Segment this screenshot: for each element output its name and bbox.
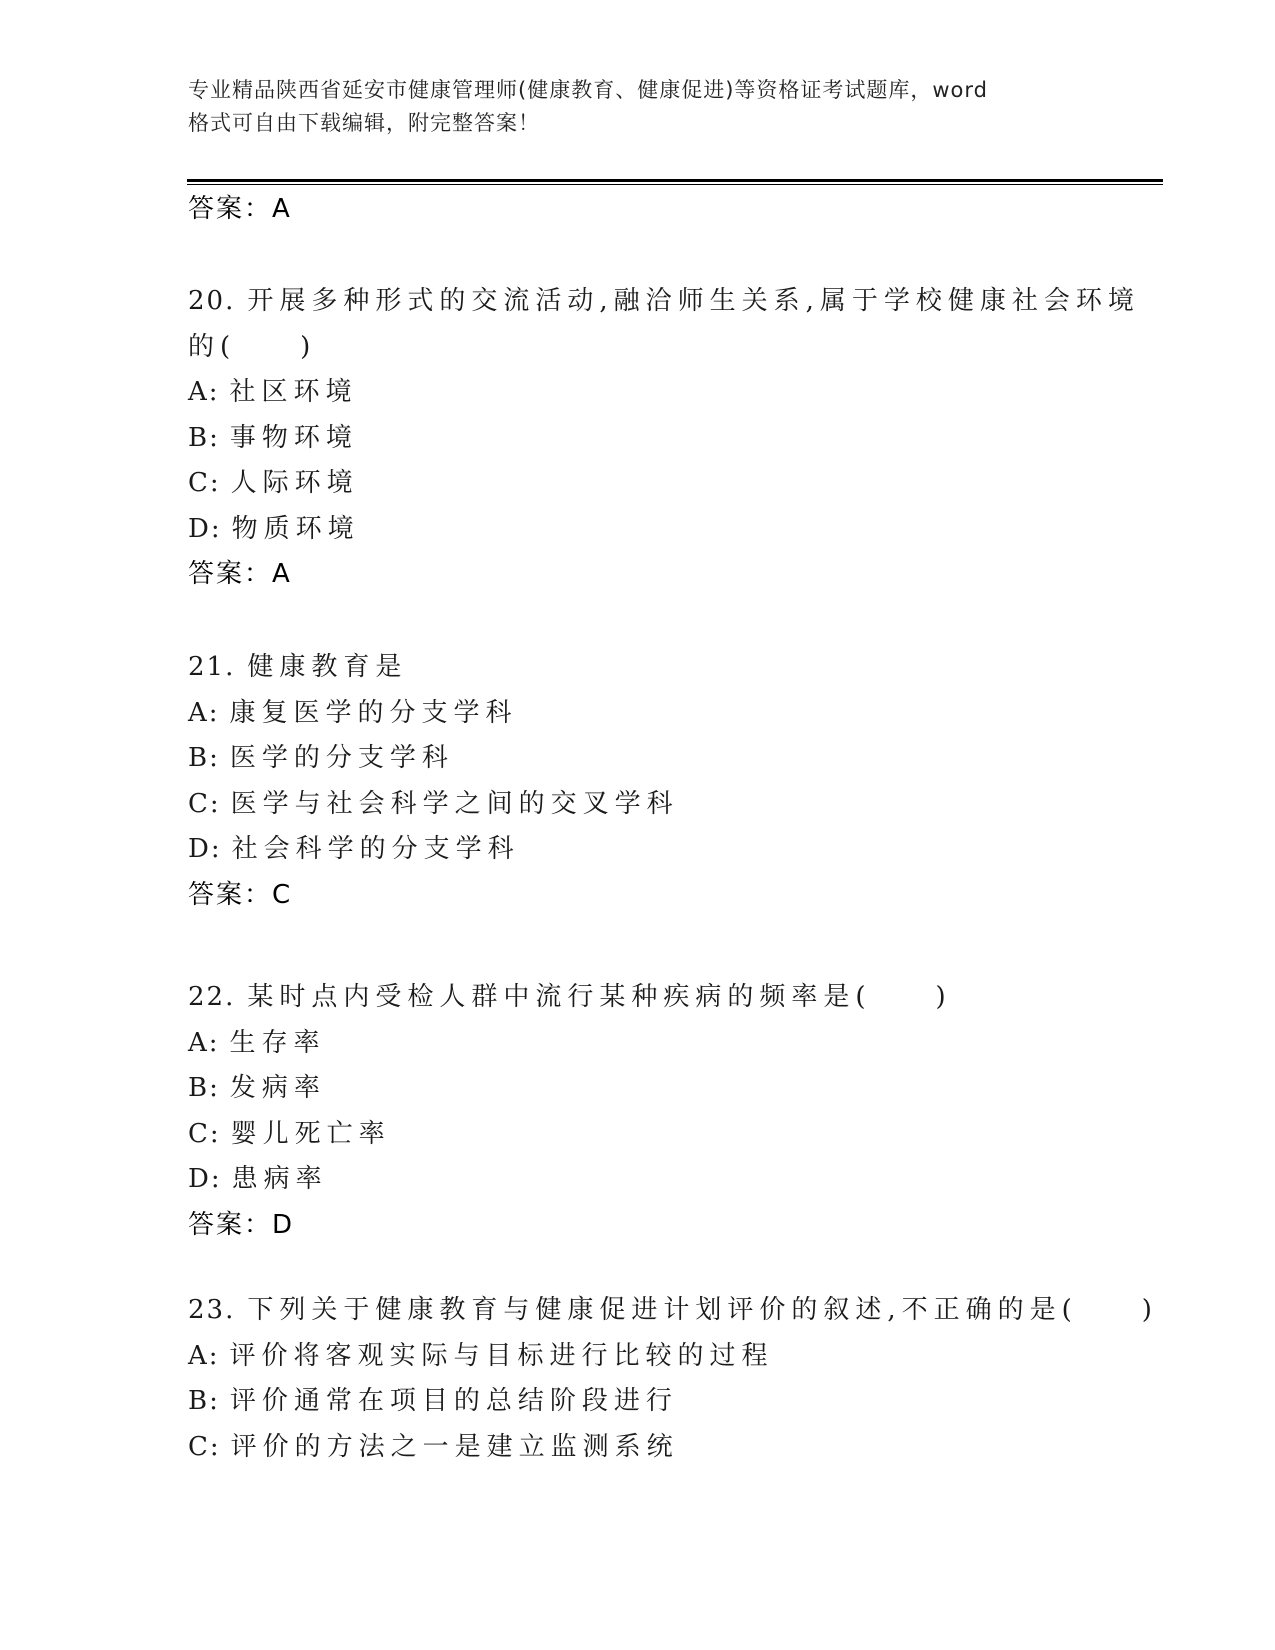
answer-value: A	[272, 559, 292, 589]
answer-value: C	[272, 880, 292, 910]
option-a: A:生存率	[188, 1021, 1148, 1067]
option-letter: B:	[188, 1073, 220, 1103]
answer-value: D	[272, 1210, 294, 1240]
option-letter: B:	[188, 423, 220, 453]
option-letter: A:	[188, 1341, 220, 1371]
option-letter: C:	[188, 468, 221, 498]
option-letter: A:	[188, 377, 220, 407]
option-a: A:社区环境	[188, 370, 1148, 416]
document-page: 专业精品陕西省延安市健康管理师(健康教育、健康促进)等资格证考试题库，word …	[0, 0, 1275, 1650]
option-text: 评价通常在项目的总结阶段进行	[230, 1386, 678, 1416]
option-c: C:人际环境	[188, 461, 1148, 507]
question-number: 21.	[188, 652, 235, 682]
option-text: 事物环境	[230, 423, 358, 453]
option-c: C:评价的方法之一是建立监测系统	[188, 1425, 1148, 1471]
option-d: D:患病率	[188, 1157, 1148, 1203]
option-text: 医学与社会科学之间的交叉学科	[231, 789, 679, 819]
option-letter: C:	[188, 789, 221, 819]
option-letter: B:	[188, 1386, 220, 1416]
option-c: C:婴儿死亡率	[188, 1112, 1148, 1158]
question-text: 下列关于健康教育与健康促进计划评价的叙述,不正确的是( )	[247, 1295, 1158, 1325]
question-text: 某时点内受检人群中流行某种疾病的频率是( )	[247, 982, 951, 1012]
answer-line: 答案：C	[188, 873, 1148, 919]
option-text: 评价的方法之一是建立监测系统	[231, 1432, 679, 1462]
option-d: D:社会科学的分支学科	[188, 827, 1148, 873]
answer-label: 答案：	[188, 880, 272, 910]
question-number: 23.	[188, 1295, 235, 1325]
option-text: 婴儿死亡率	[231, 1119, 391, 1149]
answer-line: 答案：D	[188, 1203, 1148, 1249]
option-text: 医学的分支学科	[230, 743, 454, 773]
prev-answer-block: 答案：A	[188, 187, 1148, 233]
option-b: B:发病率	[188, 1066, 1148, 1112]
option-a: A:评价将客观实际与目标进行比较的过程	[188, 1334, 1148, 1380]
option-text: 发病率	[230, 1073, 326, 1103]
page-header: 专业精品陕西省延安市健康管理师(健康教育、健康促进)等资格证考试题库，word …	[188, 74, 1088, 140]
answer-line: 答案：A	[188, 187, 1148, 233]
option-b: B:事物环境	[188, 416, 1148, 462]
option-text: 社会科学的分支学科	[232, 834, 520, 864]
answer-label: 答案：	[188, 559, 272, 589]
question-22: 22.某时点内受检人群中流行某种疾病的频率是( ) A:生存率 B:发病率 C:…	[188, 975, 1148, 1248]
option-letter: A:	[188, 698, 220, 728]
question-stem-continued: 的( )	[188, 325, 1148, 371]
option-text: 评价将客观实际与目标进行比较的过程	[230, 1341, 774, 1371]
question-number: 20.	[188, 286, 235, 316]
option-d: D:物质环境	[188, 507, 1148, 553]
question-stem: 21.健康教育是	[188, 645, 1148, 691]
option-letter: D:	[188, 514, 222, 544]
option-letter: C:	[188, 1119, 221, 1149]
answer-label: 答案：	[188, 1210, 272, 1240]
option-b: B:医学的分支学科	[188, 736, 1148, 782]
question-text: 开展多种形式的交流活动,融洽师生关系,属于学校健康社会环境	[247, 286, 1140, 316]
option-a: A:康复医学的分支学科	[188, 691, 1148, 737]
option-text: 人际环境	[231, 468, 359, 498]
question-21: 21.健康教育是 A:康复医学的分支学科 B:医学的分支学科 C:医学与社会科学…	[188, 645, 1148, 918]
option-text: 康复医学的分支学科	[230, 698, 518, 728]
answer-value: A	[272, 194, 292, 224]
question-number: 22.	[188, 982, 235, 1012]
question-text: 健康教育是	[247, 652, 407, 682]
header-divider	[187, 179, 1163, 185]
option-letter: D:	[188, 1164, 222, 1194]
option-letter: B:	[188, 743, 220, 773]
option-text: 社区环境	[230, 377, 358, 407]
option-text: 物质环境	[232, 514, 360, 544]
option-text: 生存率	[230, 1028, 326, 1058]
option-letter: C:	[188, 1432, 221, 1462]
answer-label: 答案：	[188, 194, 272, 224]
option-text: 患病率	[232, 1164, 328, 1194]
option-b: B:评价通常在项目的总结阶段进行	[188, 1379, 1148, 1425]
question-20: 20.开展多种形式的交流活动,融洽师生关系,属于学校健康社会环境 的( ) A:…	[188, 279, 1148, 598]
option-letter: A:	[188, 1028, 220, 1058]
question-stem: 23.下列关于健康教育与健康促进计划评价的叙述,不正确的是( )	[188, 1288, 1148, 1334]
question-stem: 20.开展多种形式的交流活动,融洽师生关系,属于学校健康社会环境	[188, 279, 1148, 325]
question-stem: 22.某时点内受检人群中流行某种疾病的频率是( )	[188, 975, 1148, 1021]
answer-line: 答案：A	[188, 552, 1148, 598]
question-23: 23.下列关于健康教育与健康促进计划评价的叙述,不正确的是( ) A:评价将客观…	[188, 1288, 1148, 1470]
option-c: C:医学与社会科学之间的交叉学科	[188, 782, 1148, 828]
option-letter: D:	[188, 834, 222, 864]
header-line-1: 专业精品陕西省延安市健康管理师(健康教育、健康促进)等资格证考试题库，word	[188, 74, 1088, 107]
header-line-2: 格式可自由下载编辑，附完整答案！	[188, 107, 1088, 140]
